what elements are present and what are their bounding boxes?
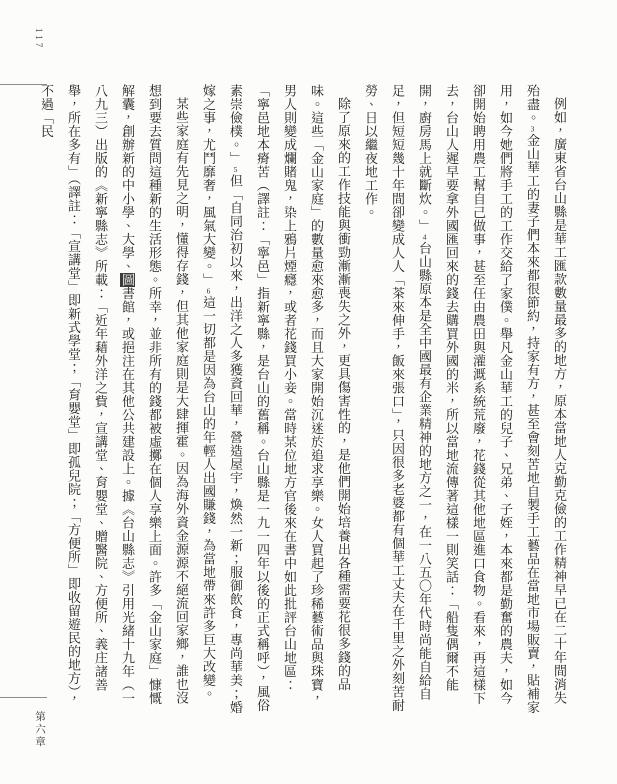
page-number: 117	[34, 28, 44, 50]
footnote-marker: 3	[528, 125, 537, 134]
footnote-marker: 5	[231, 165, 240, 174]
book-page: 117 例如，廣東省台山縣是華工匯款數量最多的地方，原本當地人克勤克儉的工作精神…	[0, 0, 617, 784]
text-run: 這一切都是因為台山的年輕人出國賺錢，為當地帶來許多巨大改變。	[201, 296, 216, 701]
text-run: 金山華工的妻子們本來都很節約，持家有方，甚至會刻苦地自製手工藝品在當地市場販賣，…	[417, 84, 540, 714]
body-text: 例如，廣東省台山縣是華工匯款數量最多的地方，原本當地人克勤克儉的工作精神早已在二…	[59, 84, 573, 716]
chapter-label: 第六章	[32, 711, 47, 749]
footnote-marker: 6	[204, 287, 213, 296]
paragraph: 除了原來的工作技能與衝勁漸漸喪失之外，更具傷害性的，是他們開始培養出各種需要花很…	[195, 84, 357, 716]
text-run: 除了原來的工作技能與衝勁漸漸喪失之外，更具傷害性的，是他們開始培養出各種需要花很…	[228, 84, 351, 712]
inverted-character: 圖	[120, 273, 135, 287]
paragraph: 某些家庭有先見之明，懂得存錢，但其他家庭則是大肆揮霍。因為海外資金源源不絕流回家…	[33, 84, 195, 716]
paragraph: 例如，廣東省台山縣是華工匯款數量最多的地方，原本當地人克勤克儉的工作精神早已在二…	[357, 84, 573, 716]
bottom-margin-rule	[0, 697, 47, 698]
footnote-marker: 4	[420, 233, 429, 242]
